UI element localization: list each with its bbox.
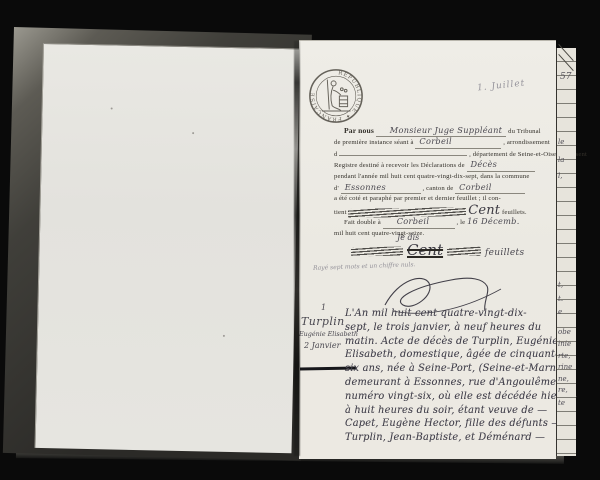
act-line: Turplin, Jean-Baptiste, et Déménard — xyxy=(345,431,555,445)
printed-text: a été coté et paraphé par premier et der… xyxy=(334,195,501,202)
corner-mark xyxy=(558,44,573,61)
corner-mark xyxy=(558,54,573,71)
printed-text: , arrondissement xyxy=(503,139,550,146)
edge-snippet: obe xyxy=(558,328,571,336)
printed-text: d' xyxy=(334,185,339,192)
handwritten-feuillets: feuillets xyxy=(485,248,524,258)
preamble-line-3: d , département de Seine-et-Oise, le pré… xyxy=(334,148,552,159)
printed-text: du Tribunal xyxy=(508,128,541,135)
register-preamble: Par nous Monsieur Juge Suppléant du Trib… xyxy=(334,125,552,239)
right-register-page: RÉPUBLIQUE ✦ FRANÇAISE 1. Juillet Par no… xyxy=(299,40,556,459)
facing-page-edge-column: 57 le la l, t, t. e obe inie rte, rine n… xyxy=(556,48,576,456)
handwritten-date: 16 Décemb. xyxy=(467,216,519,226)
seated-figure-icon xyxy=(322,80,351,111)
preamble-line-1: Par nous Monsieur Juge Suppléant du Trib… xyxy=(334,125,552,136)
struck-correction: Cent feuillets xyxy=(351,241,524,260)
printed-text: feuillets. xyxy=(502,209,527,216)
republique-francaise-seal-icon: RÉPUBLIQUE ✦ FRANÇAISE xyxy=(307,67,365,125)
preamble-line-6: d' Essonnes , canton de Corbeil xyxy=(334,182,552,193)
ink-speck xyxy=(111,107,113,109)
blank-form-field xyxy=(339,148,467,156)
left-blank-page xyxy=(35,43,300,453)
struck-count-word: Cent xyxy=(407,241,443,259)
printed-text: Registre destiné à recevoir les Déclarat… xyxy=(334,162,465,169)
edge-snippet: t, xyxy=(558,281,563,289)
edge-snippet: t. xyxy=(558,295,563,303)
strike-scribble xyxy=(348,207,466,218)
preamble-line-2: de première instance séant à Corbeil , a… xyxy=(334,136,552,147)
handwritten-register-type: Décès xyxy=(467,159,535,171)
act-line: six ans, née à Seine-Port, (Seine-et-Mar… xyxy=(345,362,555,376)
edge-snippet: inie xyxy=(558,340,571,348)
ink-speck xyxy=(192,132,194,134)
edge-page-number: 57 xyxy=(560,72,571,82)
edge-snippet: e xyxy=(558,308,562,316)
edge-snippet: l, xyxy=(558,172,562,180)
act-line: L'An mil huit cent quatre-vingt-dix- xyxy=(345,307,555,321)
printed-text: tient xyxy=(334,209,347,216)
edge-snippet: rine xyxy=(558,363,572,371)
handwritten-place: Corbeil xyxy=(383,216,455,228)
printed-text: de première instance séant à xyxy=(334,139,414,146)
printed-text: Par nous xyxy=(344,126,374,135)
preamble-line-8: tient Cent feuillets. xyxy=(334,205,552,216)
act-line: sept, le trois janvier, à neuf heures du xyxy=(345,321,555,335)
preamble-line-4: Registre destiné à recevoir les Déclarat… xyxy=(334,159,552,170)
strike-scribble xyxy=(447,247,481,257)
preamble-line-7: a été coté et paraphé par premier et der… xyxy=(334,193,552,204)
printed-text: , le xyxy=(457,219,466,226)
pencil-note: 1. Juillet xyxy=(477,78,526,93)
act-line: matin. Acte de décès de Turplin, Eugénie xyxy=(345,335,555,349)
printed-text: Fait double à xyxy=(344,219,381,226)
printed-text: pendant l'année mil huit cent quatre-vin… xyxy=(334,173,529,180)
death-act-text: L'An mil huit cent quatre-vingt-dix- sep… xyxy=(345,307,555,445)
deceased-surname: Turplin xyxy=(301,315,345,328)
preamble-line-9: Fait double à Corbeil , le 16 Décemb. xyxy=(334,216,552,227)
edge-snippet: le xyxy=(558,138,564,146)
act-line: demeurant à Essonnes, rue d'Angoulême — xyxy=(345,376,555,390)
ink-speck xyxy=(223,335,225,337)
edge-snippet: la xyxy=(558,156,564,164)
printed-text: , canton de xyxy=(423,185,454,192)
act-line: à huit heures du soir, étant veuve de — xyxy=(345,404,555,418)
preamble-line-5: pendant l'année mil huit cent quatre-vin… xyxy=(334,171,552,182)
printed-text: d xyxy=(334,151,338,158)
preamble-line-10: mil huit cent quatre-vingt-seize. xyxy=(334,228,552,239)
act-date: 2 Janvier xyxy=(304,341,340,350)
binding-gutter xyxy=(294,41,300,456)
act-number: 1 xyxy=(321,303,326,312)
act-line: Elisabeth, domestique, âgée de cinquante… xyxy=(345,348,555,362)
strike-scribble xyxy=(351,246,403,256)
scanned-register-page: RÉPUBLIQUE ✦ FRANÇAISE 1. Juillet Par no… xyxy=(0,0,600,480)
edge-snippet: rte, xyxy=(558,352,571,360)
edge-snippet: te xyxy=(558,399,565,407)
act-line: numéro vingt-six, où elle est décédée hi… xyxy=(345,390,555,404)
act-line: Capet, Eugène Hector, fille des défunts … xyxy=(345,417,555,431)
edge-snippet: ne, xyxy=(558,375,569,383)
edge-snippet: re, xyxy=(558,386,568,394)
